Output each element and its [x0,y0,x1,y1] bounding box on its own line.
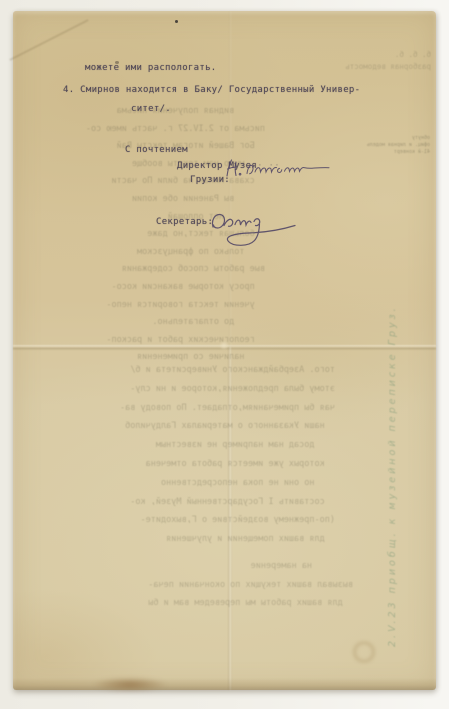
paper-bottom-edge-shadow [13,678,436,690]
ink-speck [175,20,178,23]
letter-paper: б. б. б.разборная ведомость обнутуофиц. … [13,11,436,690]
ring-smudge [351,641,377,663]
bleedthrough-top-right: б. б. б.разборная ведомость [303,49,431,73]
closing-salutation: С почтением [125,145,188,155]
typed-line-1: можете ими распологать. [85,63,217,73]
scanner-background: б. б. б.разборная ведомость обнутуофиц. … [0,0,449,709]
margin-note: 2.V.23 приобщ. к музейной переписке Груз… [387,263,413,647]
typed-line-3: ситет/. [131,104,171,114]
fold-intersection-highlight [219,341,229,350]
typed-line-2: 4. Смирнов находится в Баку/ Государстве… [63,85,360,95]
secretary-signature [205,200,325,250]
bleedthrough-stamp-fragment: обнутуофиц. и лирная модель41-й конверт [366,135,430,156]
bleedthrough-bottom-block: на намерениевызывал ваших текущих по око… [41,557,353,613]
director-signature [221,156,333,182]
bottom-brown-stain [93,677,167,692]
small-speck [115,61,119,64]
bleedthrough-lower-block: того. Азербайджанского Университета и б/… [19,361,335,549]
corner-crease [9,19,88,61]
